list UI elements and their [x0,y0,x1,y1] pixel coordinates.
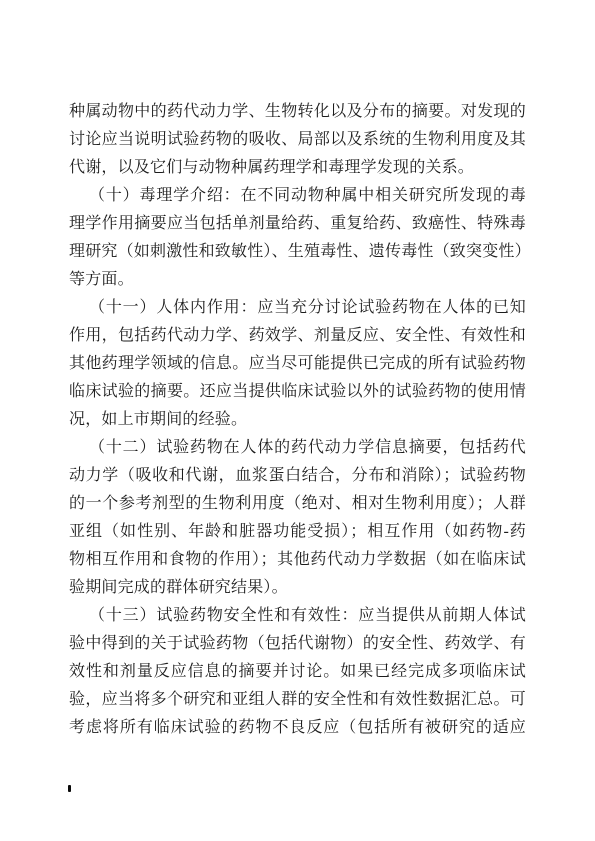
text-line: 动力学（吸收和代谢，血浆蛋白结合，分布和消除）；试验药物 [69,462,526,490]
text-line: 考虑将所有临床试验的药物不良反应（包括所有被研究的适应 [69,714,526,742]
text-line: 讨论应当说明试验药物的吸收、局部以及系统的生物利用度及其 [69,126,526,154]
paragraph: （十）毒理学介绍：在不同动物种属中相关研究所发现的毒 理学作用摘要应当包括单剂量… [69,182,526,294]
paragraph: （十一）人体内作用：应当充分讨论试验药物在人体的已知 作用，包括药代动力学、药效… [69,294,526,434]
text-line: 物相互作用和食物的作用）；其他药代动力学数据（如在临床试 [69,546,526,574]
text-line: 代谢，以及它们与动物种属药理学和毒理学发现的关系。 [69,154,526,182]
document-body: 种属动物中的药代动力学、生物转化以及分布的摘要。对发现的 讨论应当说明试验药物的… [69,98,526,742]
text-line: 种属动物中的药代动力学、生物转化以及分布的摘要。对发现的 [69,98,526,126]
text-line: 理研究（如刺激性和致敏性）、生殖毒性、遗传毒性（致突变性） [69,238,526,266]
paragraph: 种属动物中的药代动力学、生物转化以及分布的摘要。对发现的 讨论应当说明试验药物的… [69,98,526,182]
paragraph: （十二）试验药物在人体的药代动力学信息摘要，包括药代 动力学（吸收和代谢，血浆蛋… [69,434,526,602]
document-page: 种属动物中的药代动力学、生物转化以及分布的摘要。对发现的 讨论应当说明试验药物的… [0,0,595,841]
text-line: 验，应当将多个研究和亚组人群的安全性和有效性数据汇总。可 [69,686,526,714]
paragraph: （十三）试验药物安全性和有效性：应当提供从前期人体试 验中得到的关于试验药物（包… [69,602,526,742]
text-line: 验期间完成的群体研究结果）。 [69,574,526,602]
text-line: 其他药理学领域的信息。应当尽可能提供已完成的所有试验药物 [69,350,526,378]
text-line: 临床试验的摘要。还应当提供临床试验以外的试验药物的使用情 [69,378,526,406]
text-line: 等方面。 [69,266,526,294]
text-line: 亚组（如性别、年龄和脏器功能受损）；相互作用（如药物-药 [69,518,526,546]
text-line: （十）毒理学介绍：在不同动物种属中相关研究所发现的毒 [69,182,526,210]
text-line: 验中得到的关于试验药物（包括代谢物）的安全性、药效学、有 [69,630,526,658]
text-line: （十二）试验药物在人体的药代动力学信息摘要，包括药代 [69,434,526,462]
text-line: 况，如上市期间的经验。 [69,406,526,434]
text-line: 作用，包括药代动力学、药效学、剂量反应、安全性、有效性和 [69,322,526,350]
text-line: （十一）人体内作用：应当充分讨论试验药物在人体的已知 [69,294,526,322]
text-line: 理学作用摘要应当包括单剂量给药、重复给药、致癌性、特殊毒 [69,210,526,238]
text-line: 效性和剂量反应信息的摘要并讨论。如果已经完成多项临床试 [69,658,526,686]
stray-ink-mark [68,785,71,792]
text-line: 的一个参考剂型的生物利用度（绝对、相对生物利用度）；人群 [69,490,526,518]
text-line: （十三）试验药物安全性和有效性：应当提供从前期人体试 [69,602,526,630]
